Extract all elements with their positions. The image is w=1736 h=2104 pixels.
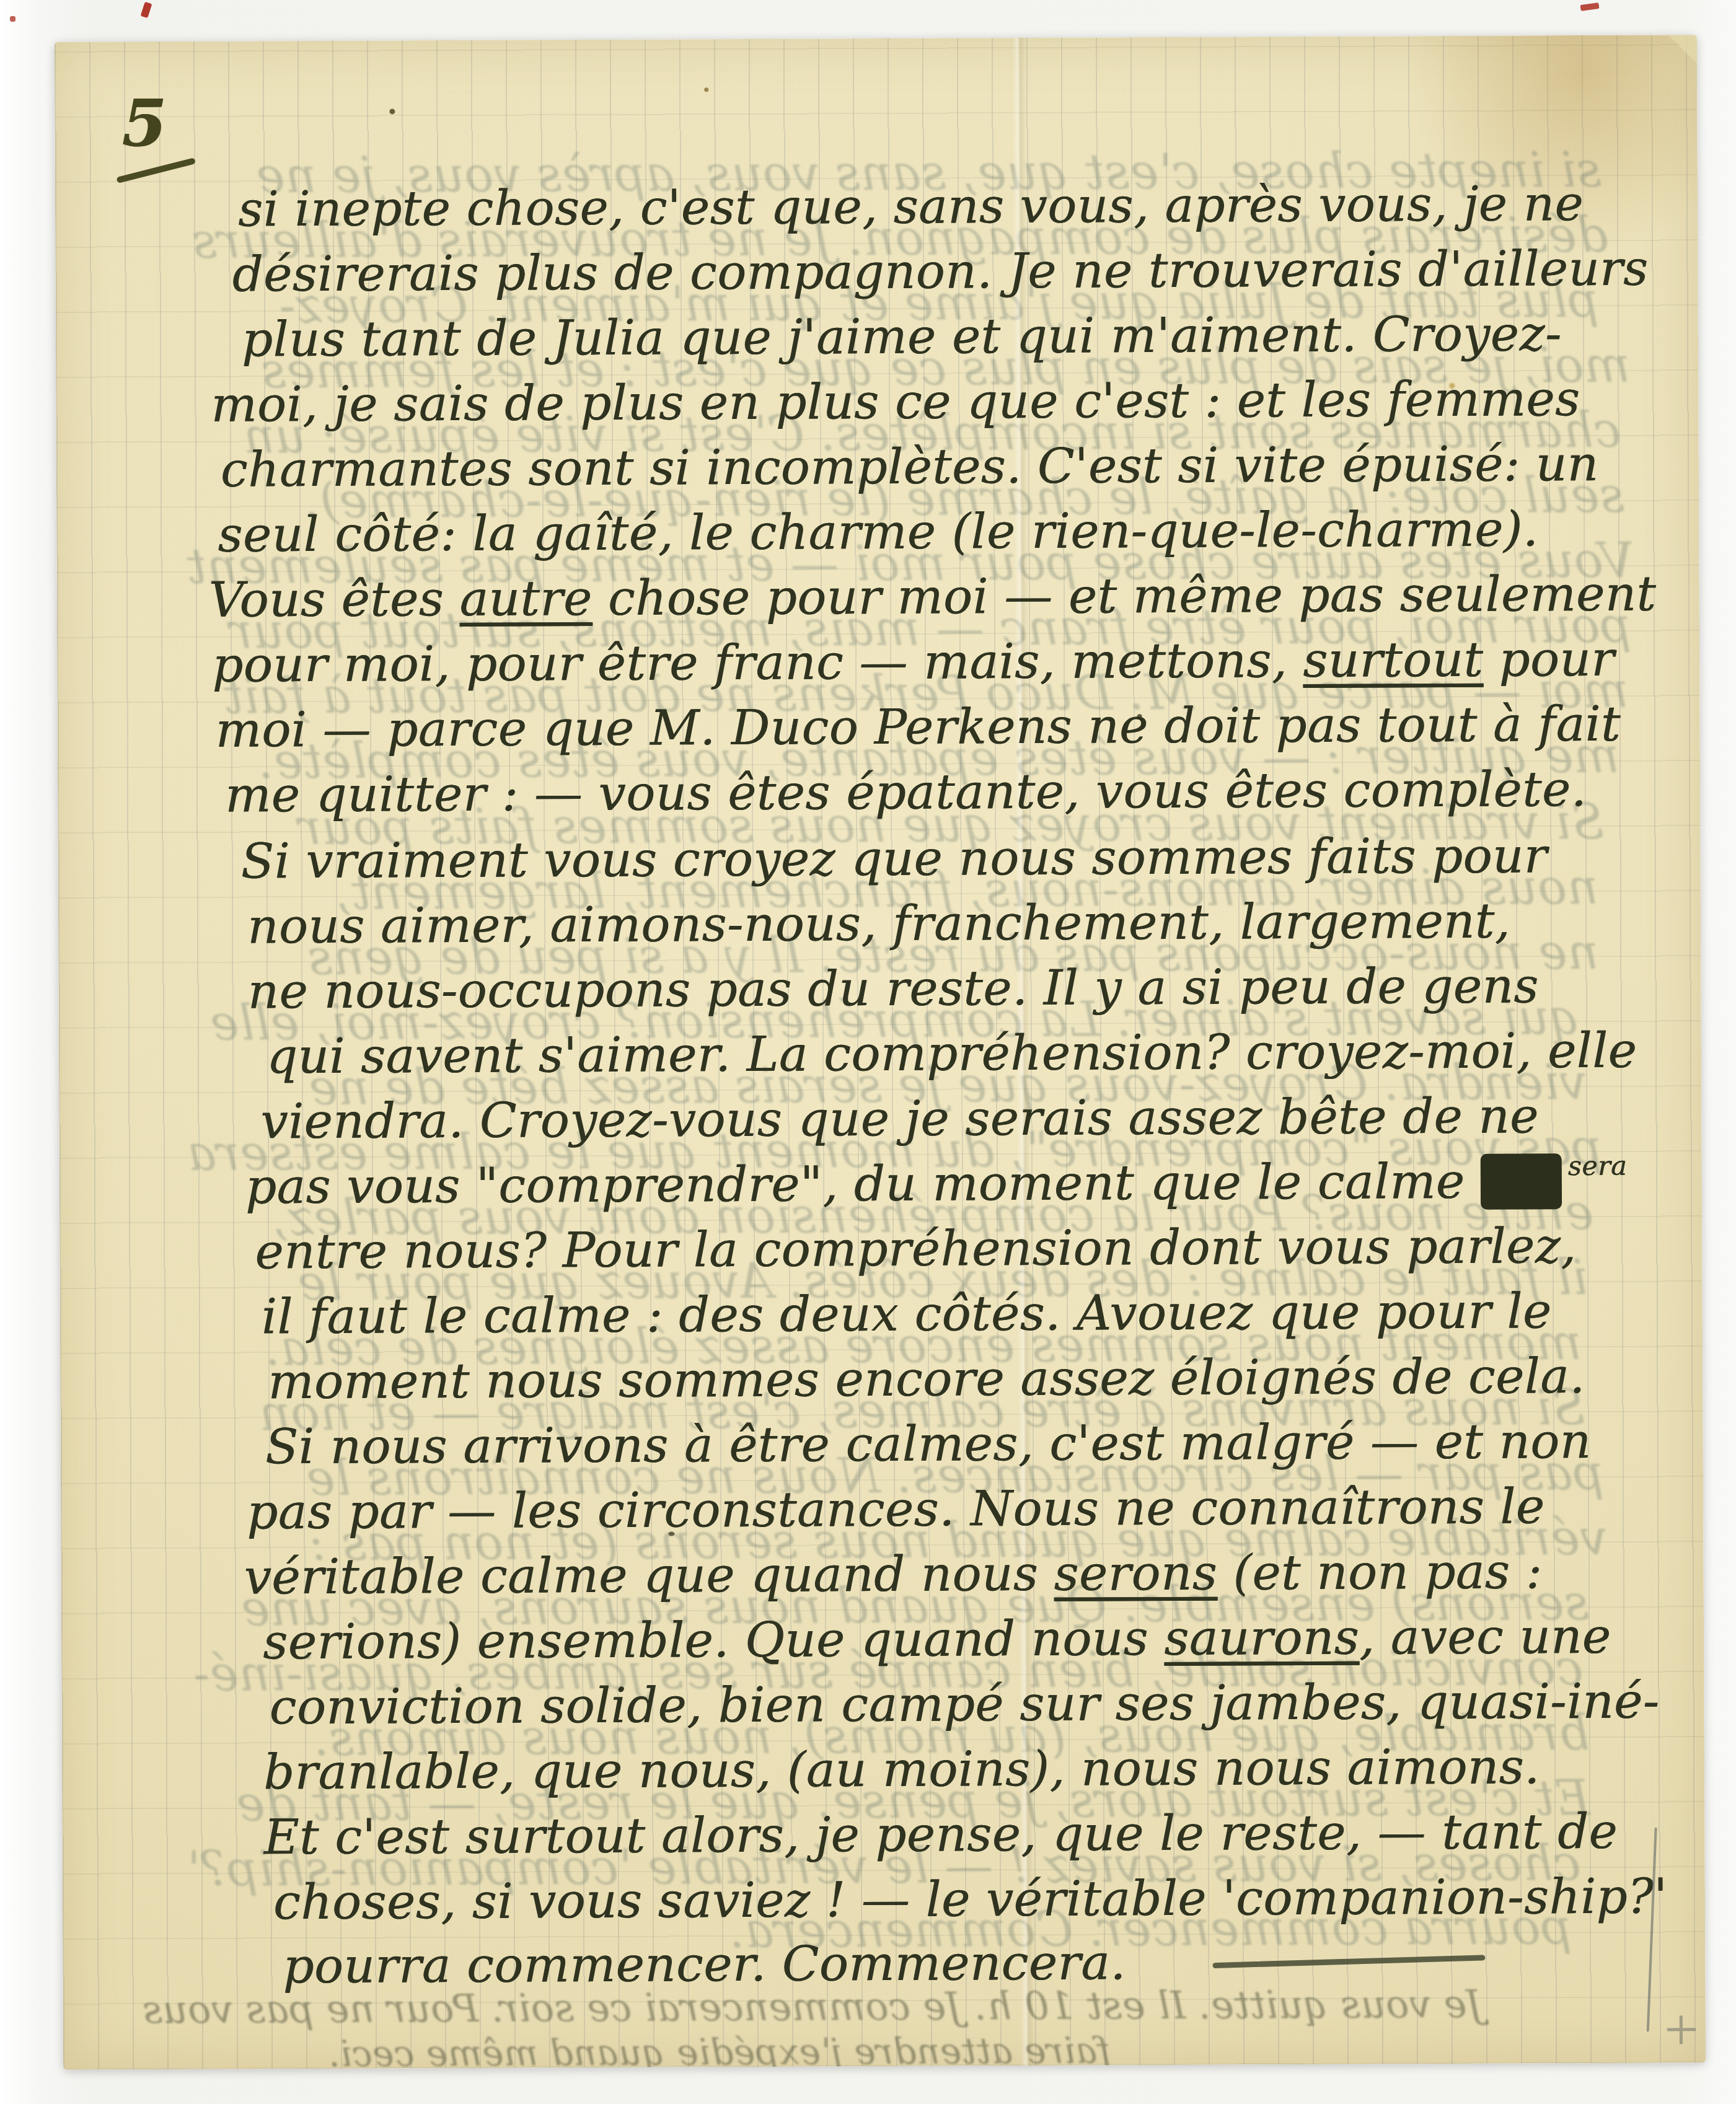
verso-show-through-note-line: faire attendre j'expédie quand même ceci… (328, 2019, 1111, 2069)
ink-speck (704, 87, 708, 92)
dog-eared-corner (1666, 35, 1699, 66)
scanner-background: { "page_number": "5", "letter": { "langu… (0, 0, 1736, 2104)
letter-paper-sheet: si inepte chose, c'est que, sans vous, a… (55, 35, 1706, 2070)
red-fiber-speck (10, 16, 15, 22)
ink-speck (1137, 714, 1142, 719)
ink-speck (668, 1531, 674, 1536)
ink-speck (389, 108, 395, 114)
rust-stain-spot (1449, 383, 1455, 389)
red-fiber-speck (1580, 2, 1599, 11)
verso-note-show-through: Je vous quitte. Il est 10 h. Je commence… (55, 35, 1706, 2070)
margin-cross-mark (1667, 2015, 1696, 2044)
red-fiber-speck (141, 2, 152, 19)
